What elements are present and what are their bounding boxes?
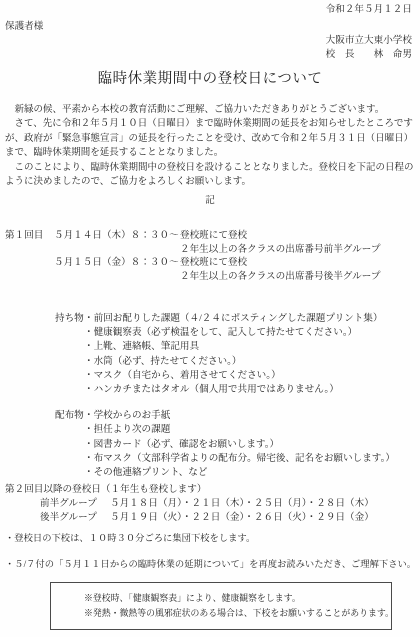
- body-paragraph-line: が、政府が「緊急事態宣言」の延長を行ったことを受け、改めて令和２年５月３１日（日…: [5, 132, 415, 146]
- body-paragraph-line: 新緑の候、平素から本校の教育活動にご理解、ご協力いただきありがとうございます。: [5, 103, 415, 117]
- group-dates: ５月１９日（火）・２２日（金）・２６日（火）・２９日（金）: [110, 511, 374, 525]
- group-row: 前半グループ ５月１８日（月）・２１日（木）・２５日（月）・２８日（木）: [40, 497, 415, 511]
- body-paragraph-line: まで、臨時休業期間を延長することとなりました。: [5, 146, 415, 160]
- belongings-item: ・水筒（必ず、持たせてください。）: [84, 355, 415, 369]
- principal-name: 校 長 林 命男: [5, 48, 412, 61]
- belongings-item: ・健康観察表（必ず検温をして、記入して持たせてください。）: [84, 326, 415, 340]
- belongings-item: ・ハンカチまたはタオル（個人用で共用ではありません。）: [84, 383, 415, 397]
- notice-line: ※発熱・微熱等の風邪症状のある場合は、下校をお願いすることがあります。: [84, 606, 383, 621]
- entry-details: 登校班にて登校 ２年生以上の各クラスの出席番号前半グループ: [180, 229, 380, 256]
- handouts-item: ・担任より次の課題: [84, 423, 415, 437]
- entry-detail: ２年生以上の各クラスの出席番号前半グループ: [180, 243, 380, 256]
- notes-block: ・登校日の下校は、１０時３０分ごろに集団下校をします。 ・５/７付の「５月１１日…: [5, 532, 415, 572]
- entry-detail: 登校班にて登校: [180, 256, 380, 269]
- note-line: ・５/７付の「５月１１日からの臨時休業の延期について」を再度お読みいただき、ご理…: [5, 558, 415, 572]
- body-paragraph-line: このことにより、臨時休業期間中の登校日を設けることとなりました。登校日を下記の日…: [5, 161, 415, 175]
- school-name: 大阪市立大東小学校: [5, 34, 412, 47]
- entry-datetime: ５月１４日（木）８：３０～: [54, 229, 180, 256]
- record-marker: 記: [5, 194, 415, 208]
- entry-detail: 登校班にて登校: [180, 229, 380, 242]
- group-row: 後半グループ ５月１９日（火）・２２日（金）・２６日（火）・２９日（金）: [40, 511, 415, 525]
- group-dates: ５月１８日（月）・２１日（木）・２５日（月）・２８日（木）: [110, 497, 374, 511]
- later-sessions-heading: 第２回目以降の登校日（１年生も登校します）: [5, 483, 415, 497]
- entry-details: 登校班にて登校 ２年生以上の各クラスの出席番号後半グループ: [180, 256, 380, 283]
- session-entry: ５月１５日（金）８：３０～ 登校班にて登校 ２年生以上の各クラスの出席番号後半グ…: [54, 256, 415, 283]
- belongings-item: ・マスク（自宅から、着用させてください。）: [84, 369, 415, 383]
- session-entry: ５月１４日（木）８：３０～ 登校班にて登校 ２年生以上の各クラスの出席番号前半グ…: [54, 229, 415, 256]
- notice-box: ※登校時、「健康観察表」により、健康観察をします。 ※発熱・微熱等の風邪症状のあ…: [50, 582, 392, 630]
- group-name: 前半グループ: [40, 497, 110, 511]
- handouts-label: 配布物: [55, 409, 84, 480]
- belongings-block: 持ち物 ・前回お配りした課題（４/２４にポスティングした課題プリント集） ・健康…: [55, 312, 415, 397]
- later-sessions-groups: 前半グループ ５月１８日（月）・２１日（木）・２５日（月）・２８日（木） 後半グ…: [5, 497, 415, 525]
- entry-detail: ２年生以上の各クラスの出席番号後半グループ: [180, 270, 380, 283]
- body-paragraph-line: ように決めましたので、ご協力をよろしくお願いします。: [5, 175, 415, 189]
- handouts-items: ・学校からのお手紙 ・担任より次の課題 ・図書カード（必ず、確認をお願いします。…: [84, 409, 415, 480]
- belongings-item: ・上靴、連絡帳、筆記用具: [84, 340, 415, 354]
- first-session-block: 第１回目 ５月１４日（木）８：３０～ 登校班にて登校 ２年生以上の各クラスの出席…: [5, 229, 415, 283]
- addressee: 保護者様: [5, 20, 415, 33]
- handouts-item: ・布マスク（文部科学省よりの配布分。帰宅後、記名をお願いします。）: [84, 452, 415, 466]
- handouts-item: ・その他連絡プリント、など: [84, 466, 415, 480]
- entry-datetime: ５月１５日（金）８：３０～: [54, 256, 180, 283]
- notice-line: ※登校時、「健康観察表」により、健康観察をします。: [84, 591, 383, 606]
- handouts-item: ・図書カード（必ず、確認をお願いします。）: [84, 438, 415, 452]
- body-paragraphs: 新緑の候、平素から本校の教育活動にご理解、ご協力いただきありがとうございます。 …: [5, 103, 415, 189]
- first-session-label: 第１回目: [5, 229, 43, 242]
- sender-block: 大阪市立大東小学校 校 長 林 命男: [5, 34, 415, 61]
- belongings-label: 持ち物: [55, 312, 84, 397]
- issue-date: 令和２年５月１２日: [5, 3, 415, 17]
- belongings-item: ・前回お配りした課題（４/２４にポスティングした課題プリント集）: [84, 312, 415, 326]
- belongings-items: ・前回お配りした課題（４/２４にポスティングした課題プリント集） ・健康観察表（…: [84, 312, 415, 397]
- handouts-item: ・学校からのお手紙: [84, 409, 415, 423]
- note-line: ・登校日の下校は、１０時３０分ごろに集団下校をします。: [5, 532, 415, 546]
- group-name: 後半グループ: [40, 511, 110, 525]
- body-paragraph-line: さて、先に令和２年５月１０日（日曜日）まで臨時休業期間の延長をお知らせしたところ…: [5, 117, 415, 131]
- handouts-block: 配布物 ・学校からのお手紙 ・担任より次の課題 ・図書カード（必ず、確認をお願い…: [55, 409, 415, 480]
- document-page: 令和２年５月１２日 保護者様 大阪市立大東小学校 校 長 林 命男 臨時休業期間…: [0, 0, 420, 637]
- document-title: 臨時休業期間中の登校日について: [5, 70, 415, 89]
- first-session-entries: ５月１４日（木）８：３０～ 登校班にて登校 ２年生以上の各クラスの出席番号前半グ…: [54, 229, 415, 283]
